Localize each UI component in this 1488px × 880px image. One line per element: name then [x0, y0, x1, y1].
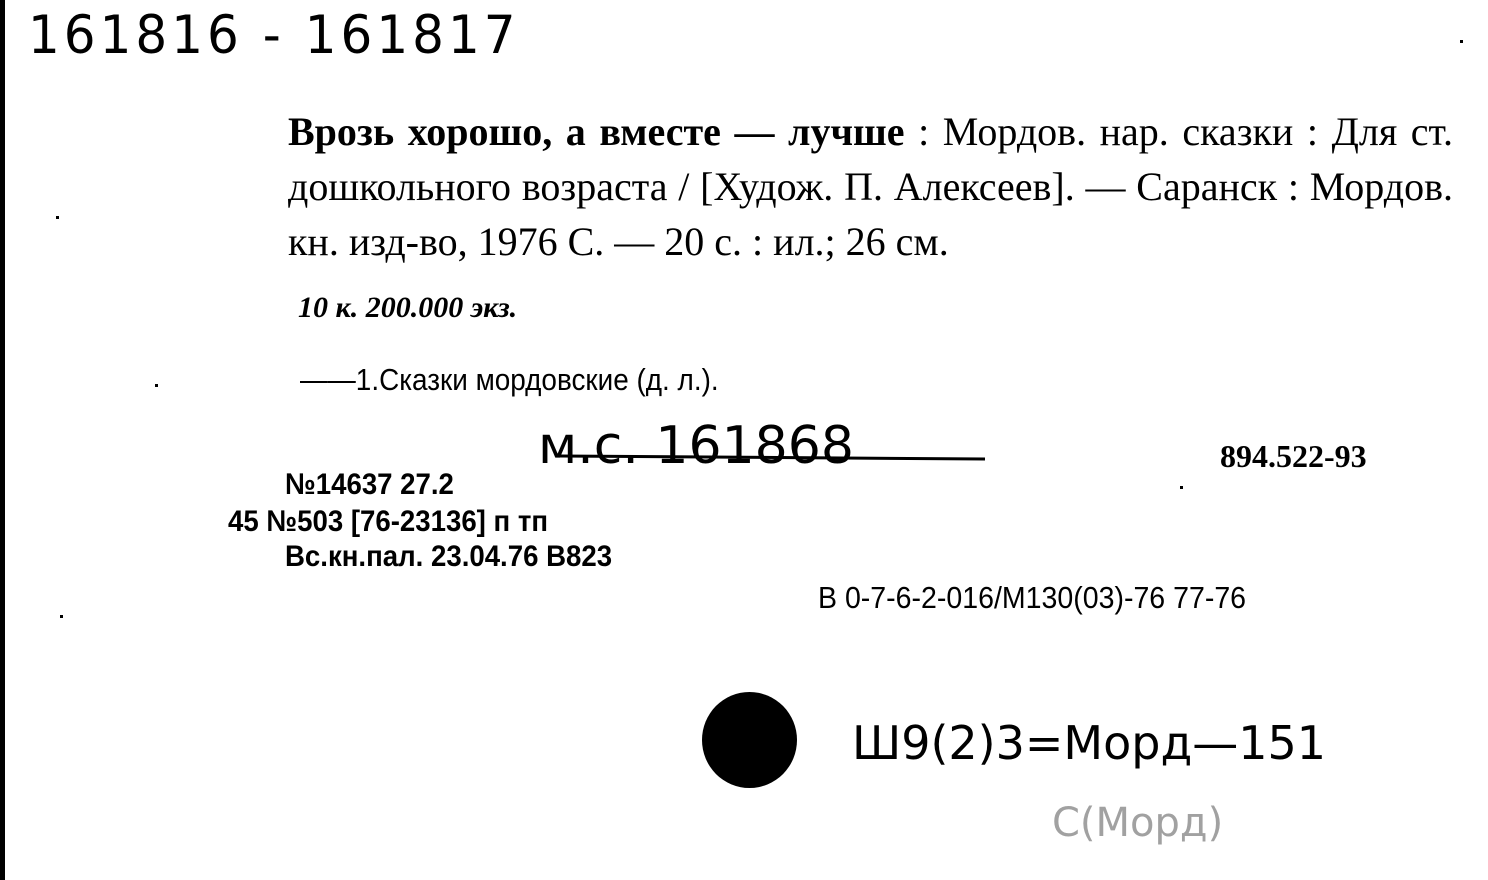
registration-line: 45 №503 [76-23136] п тп [228, 505, 548, 539]
order-number-line: №14637 27.2 [285, 468, 454, 502]
scan-speck [1460, 40, 1463, 43]
handwritten-shelf-mark: Ш9(2)3=Морд—151 [852, 716, 1326, 770]
handwritten-faint-note: С(Морд) [1052, 800, 1223, 846]
publisher-index-code: В 0-7-6-2-016/М130(03)-76 77-76 [818, 580, 1246, 616]
scan-speck [56, 216, 59, 219]
bibliographic-description: Врозь хорошо, а вместе — лучше : Мордов.… [228, 104, 1453, 269]
handwritten-inventory-numbers: 161816 - 161817 [28, 5, 520, 66]
udc-classification: 894.522-93 [1220, 438, 1367, 475]
struck-handwritten-note: м.с. 161868 [538, 416, 854, 476]
card-edge [0, 0, 5, 880]
price-and-print-run: 10 к. 200.000 экз. [298, 291, 517, 325]
scan-speck [1180, 486, 1183, 489]
scan-speck [60, 615, 63, 618]
punch-hole [702, 692, 797, 788]
book-title: Врозь хорошо, а вместе — лучше [288, 109, 905, 154]
book-chamber-line: Вс.кн.пал. 23.04.76 В823 [285, 540, 612, 574]
scan-speck [155, 384, 158, 387]
catalog-card: 161816 - 161817 Врозь хорошо, а вместе —… [0, 0, 1488, 880]
subject-heading: ——1.Сказки мордовские (д. л.). [300, 362, 719, 398]
